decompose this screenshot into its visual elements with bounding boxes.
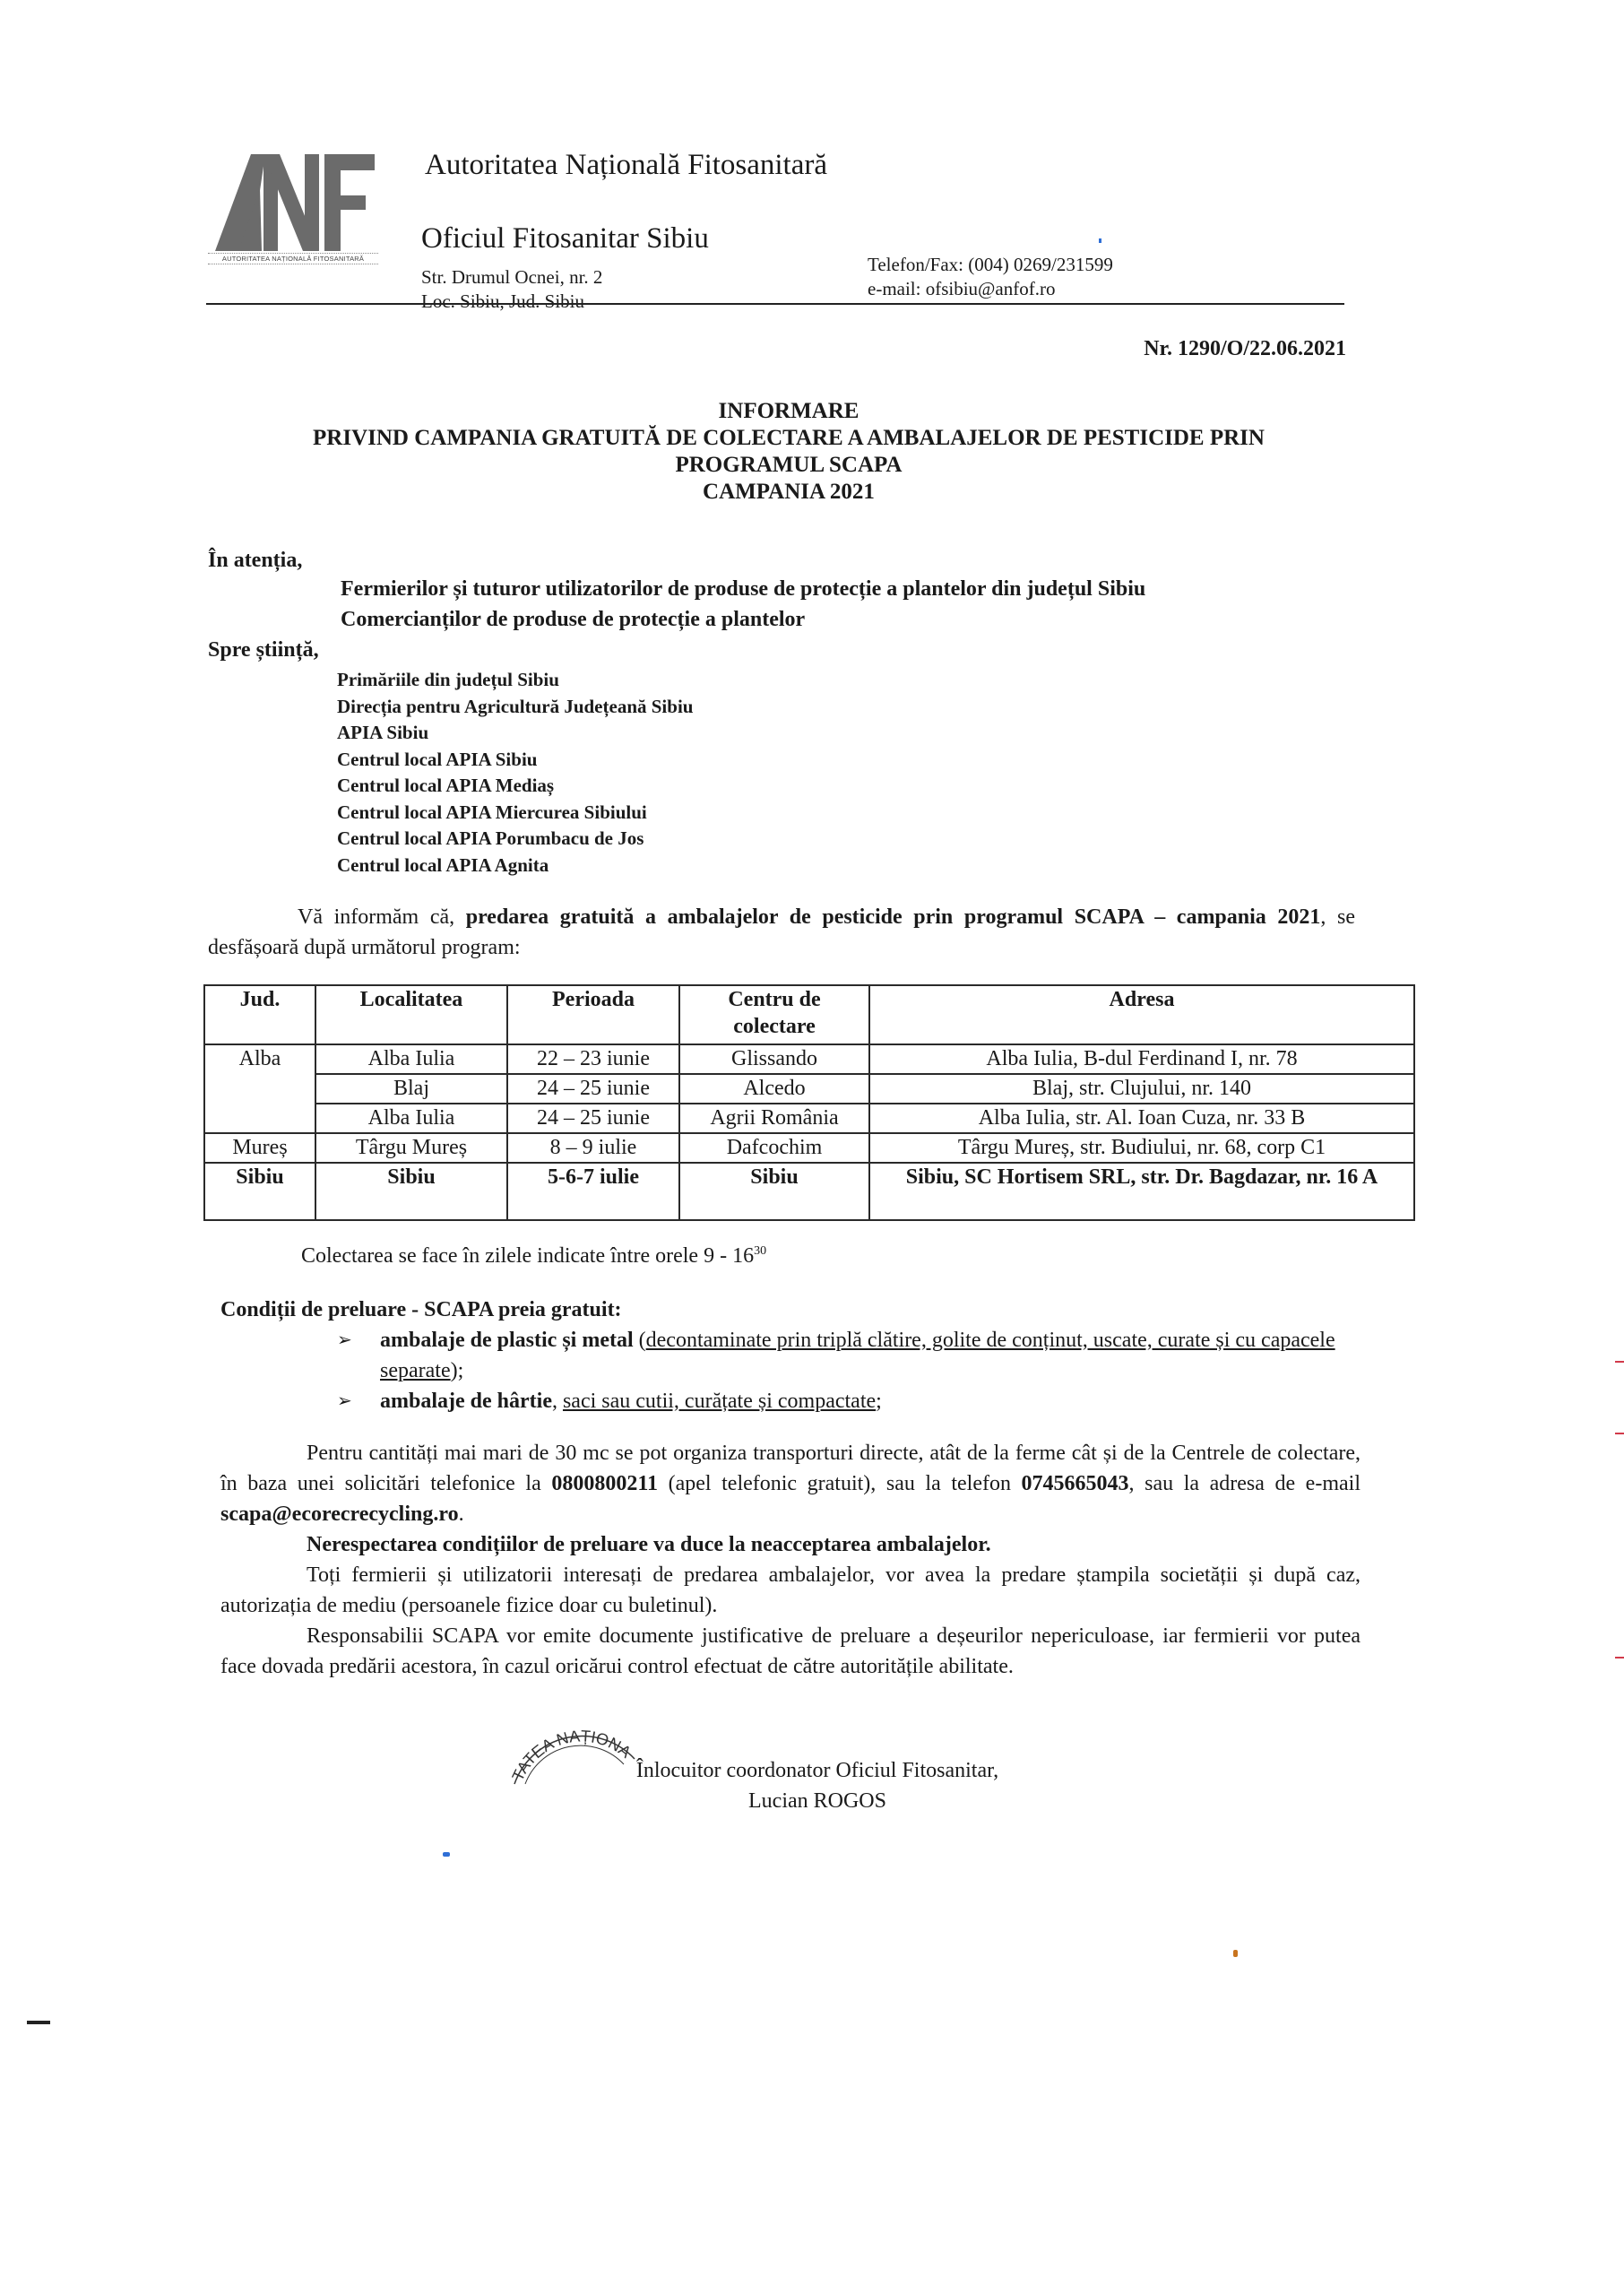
scan-mark (1615, 1433, 1624, 1434)
address-street: Str. Drumul Ocnei, nr. 2 (421, 265, 602, 290)
office-contact: Telefon/Fax: (004) 0269/231599 e-mail: o… (868, 253, 1113, 301)
transport-paragraph: Pentru cantități mai mari de 30 mc se po… (220, 1438, 1361, 1529)
attention-list: Fermierilor și tuturor utilizatorilor de… (341, 574, 1145, 635)
arrow-bullet-icon: ➢ (337, 1325, 352, 1355)
anf-logo: AUTORITATEA NAȚIONALĂ FITOSANITARĂ (208, 152, 378, 260)
condition-punct: , (552, 1390, 563, 1413)
scan-mark (1615, 1657, 1624, 1658)
attention-label: În atenția, (208, 549, 302, 573)
title-line: CAMPANIA 2021 (206, 479, 1371, 506)
title-line: PRIVIND CAMPANIA GRATUITĂ DE COLECTARE A… (206, 425, 1371, 452)
intro-paragraph: Vă informăm că, predarea gratuită a amba… (208, 902, 1355, 963)
info-recipient: Centrul local APIA Agnita (337, 853, 693, 879)
cell-address: Sibiu, SC Hortisem SRL, str. Dr. Bagdaza… (869, 1163, 1414, 1220)
signature-block: Înlocuitor coordonator Oficiul Fitosanit… (584, 1755, 1050, 1816)
table-row: Blaj 24 – 25 iunie Alcedo Blaj, str. Clu… (204, 1074, 1414, 1104)
scan-speck (1233, 1950, 1238, 1957)
document-title: INFORMARE PRIVIND CAMPANIA GRATUITĂ DE C… (206, 398, 1371, 506)
intro-prefix: Vă informăm că, (298, 905, 466, 929)
table-row: Alba Alba Iulia 22 – 23 iunie Glissando … (204, 1044, 1414, 1074)
scan-mark (27, 2021, 50, 2024)
cell-address: Alba Iulia, str. Al. Ioan Cuza, nr. 33 B (869, 1104, 1414, 1133)
cell-address: Târgu Mureș, str. Budiului, nr. 68, corp… (869, 1133, 1414, 1163)
info-recipient: APIA Sibiu (337, 720, 693, 747)
document-number: Nr. 1290/O/22.06.2021 (1144, 337, 1346, 361)
intro-highlight: predarea gratuită a ambalajelor de pesti… (466, 905, 1321, 929)
scapa-email: scapa@ecorecrecycling.ro (220, 1503, 459, 1526)
cell-county: Mureș (204, 1133, 315, 1163)
cell-center: Dafcochim (679, 1133, 869, 1163)
organization-name: Autoritatea Națională Fitosanitară (425, 149, 827, 182)
header-period: Perioada (507, 985, 679, 1044)
info-recipient: Centrul local APIA Miercurea Sibiului (337, 800, 693, 827)
info-recipient: Primăriile din județul Sibiu (337, 667, 693, 694)
collection-schedule-table: Jud. Localitatea Perioada Centru de cole… (203, 984, 1415, 1221)
transport-text: . (459, 1503, 464, 1526)
logo-caption: AUTORITATEA NAȚIONALĂ FITOSANITARĂ (208, 253, 378, 264)
cell-locality: Sibiu (315, 1163, 507, 1220)
office-email: e-mail: ofsibiu@anfof.ro (868, 277, 1113, 301)
anf-logo-icon (208, 152, 378, 253)
cell-county: Sibiu (204, 1163, 315, 1220)
condition-punct: ; (876, 1390, 882, 1413)
cell-locality: Târgu Mureș (315, 1133, 507, 1163)
signatory-name: Lucian ROGOS (584, 1786, 1050, 1816)
cell-county: Alba (204, 1044, 315, 1133)
cell-address: Blaj, str. Clujului, nr. 140 (869, 1074, 1414, 1104)
address-city: Loc. Sibiu, Jud. Sibiu (421, 290, 602, 314)
free-phone-number: 0800800211 (551, 1472, 658, 1495)
info-label: Spre știință, (208, 638, 319, 663)
arrow-bullet-icon: ➢ (337, 1386, 352, 1416)
conditions-list: ➢ ambalaje de plastic și metal (decontam… (337, 1325, 1364, 1416)
warning-paragraph: Nerespectarea condițiilor de preluare va… (220, 1529, 1361, 1560)
info-recipient: Centrul local APIA Mediaș (337, 773, 693, 800)
cell-center: Sibiu (679, 1163, 869, 1220)
body-paragraphs: Pentru cantități mai mari de 30 mc se po… (220, 1438, 1361, 1682)
office-address: Str. Drumul Ocnei, nr. 2 Loc. Sibiu, Jud… (421, 265, 602, 314)
cell-period: 8 – 9 iulie (507, 1133, 679, 1163)
table-row: Mureș Târgu Mureș 8 – 9 iulie Dafcochim … (204, 1133, 1414, 1163)
scan-speck (1099, 238, 1101, 243)
condition-punct: ); (451, 1359, 464, 1382)
title-line: PROGRAMUL SCAPA (206, 452, 1371, 479)
header-divider (206, 303, 1344, 305)
info-list: Primăriile din județul Sibiu Direcția pe… (337, 667, 693, 879)
info-recipient: Centrul local APIA Sibiu (337, 747, 693, 774)
table-header-row: Jud. Localitatea Perioada Centru de cole… (204, 985, 1414, 1044)
phone-fax: Telefon/Fax: (004) 0269/231599 (868, 253, 1113, 277)
table-row: Alba Iulia 24 – 25 iunie Agrii România A… (204, 1104, 1414, 1133)
header-center: Centru de colectare (679, 985, 869, 1044)
cell-locality: Alba Iulia (315, 1044, 507, 1074)
header-county: Jud. (204, 985, 315, 1044)
transport-text: , sau la adresa de e-mail (1129, 1472, 1361, 1495)
header-address: Adresa (869, 985, 1414, 1044)
collection-hours-note: Colectarea se face în zilele indicate în… (301, 1244, 766, 1269)
cell-center: Alcedo (679, 1074, 869, 1104)
office-name: Oficiul Fitosanitar Sibiu (421, 222, 709, 255)
condition-type: ambalaje de hârtie (380, 1390, 552, 1413)
condition-item: ➢ ambalaje de plastic și metal (decontam… (337, 1325, 1364, 1386)
mobile-phone-number: 0745665043 (1022, 1472, 1129, 1495)
cell-locality: Alba Iulia (315, 1104, 507, 1133)
attention-recipient: Comercianților de produse de protecție a… (341, 604, 1145, 635)
condition-details: saci sau cutii, curățate și compactate (563, 1390, 876, 1413)
conditions-label: Condiții de preluare - SCAPA preia gratu… (220, 1298, 622, 1322)
condition-punct: ( (634, 1329, 646, 1352)
info-recipient: Direcția pentru Agricultură Județeană Si… (337, 694, 693, 721)
cell-period: 24 – 25 iunie (507, 1104, 679, 1133)
condition-item: ➢ ambalaje de hârtie, saci sau cutii, cu… (337, 1386, 1364, 1416)
attention-recipient: Fermierilor și tuturor utilizatorilor de… (341, 574, 1145, 604)
scan-mark (1615, 1361, 1624, 1363)
cell-center: Agrii România (679, 1104, 869, 1133)
cell-address: Alba Iulia, B-dul Ferdinand I, nr. 78 (869, 1044, 1414, 1074)
info-recipient: Centrul local APIA Porumbacu de Jos (337, 826, 693, 853)
header-locality: Localitatea (315, 985, 507, 1044)
cell-period: 22 – 23 iunie (507, 1044, 679, 1074)
title-line: INFORMARE (206, 398, 1371, 425)
requirements-paragraph: Toți fermierii și utilizatorii interesaț… (220, 1560, 1361, 1621)
cell-center: Glissando (679, 1044, 869, 1074)
transport-text: (apel telefonic gratuit), sau la telefon (658, 1472, 1022, 1495)
table-row: Sibiu Sibiu 5-6-7 iulie Sibiu Sibiu, SC … (204, 1163, 1414, 1220)
scan-speck (443, 1852, 450, 1857)
condition-type: ambalaje de plastic și metal (380, 1329, 634, 1352)
cell-locality: Blaj (315, 1074, 507, 1104)
hours-text: Colectarea se face în zilele indicate în… (301, 1244, 754, 1268)
signatory-role: Înlocuitor coordonator Oficiul Fitosanit… (584, 1755, 1050, 1786)
hours-minutes: 30 (754, 1244, 766, 1258)
cell-period: 5-6-7 iulie (507, 1163, 679, 1220)
cell-period: 24 – 25 iunie (507, 1074, 679, 1104)
documents-paragraph: Responsabilii SCAPA vor emite documente … (220, 1621, 1361, 1682)
